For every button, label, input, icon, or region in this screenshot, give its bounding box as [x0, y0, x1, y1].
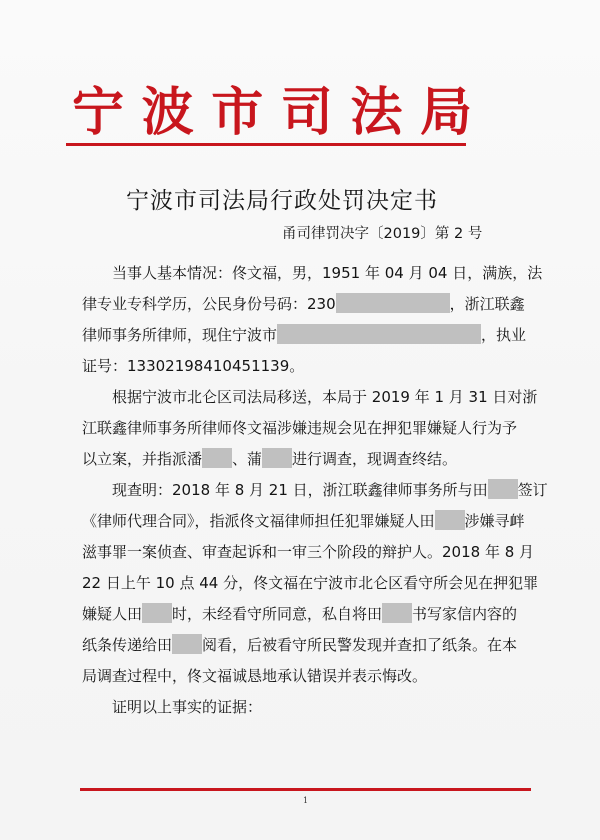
case-filing-paragraph: 根据宁波市北仑区司法局移送，本局于 2019 年 1 月 31 日对浙 江联鑫律… [82, 382, 537, 475]
text-line: 嫌疑人田时，未经看守所同意，私自将田书写家信内容的 [82, 599, 537, 630]
document-number: 甬司律罚决字〔2019〕第 2 号 [282, 222, 482, 243]
redacted-name [435, 510, 465, 530]
text-line: 纸条传递给田阅看，后被看守所民警发现并查扣了纸条。在本 [82, 630, 537, 661]
text-line: 现查明：2018 年 8 月 21 日，浙江联鑫律师事务所与田签订 [82, 475, 537, 506]
text-segment: 纸条传递给田 [82, 636, 172, 654]
text-segment: 阅看，后被看守所民警发现并查扣了纸条。在本 [202, 636, 517, 654]
masthead-char: 波 [142, 70, 194, 145]
redacted-name [382, 603, 412, 623]
document-page: 宁 波 市 司 法 局 宁波市司法局行政处罚决定书 甬司律罚决字〔2019〕第 … [0, 0, 600, 840]
text-line: 江联鑫律师事务所律师佟文福涉嫌违规会见在押犯罪嫌疑人行为予 [82, 413, 537, 444]
text-segment: 书写家信内容的 [412, 605, 517, 623]
masthead-char: 司 [281, 70, 333, 145]
text-segment: 以立案，并指派潘 [82, 450, 202, 468]
text-line: 根据宁波市北仑区司法局移送，本局于 2019 年 1 月 31 日对浙 [82, 382, 537, 413]
text-segment: 《律师代理合同》，指派佟文福律师担任犯罪嫌疑人田 [82, 512, 435, 530]
redacted-name [142, 603, 172, 623]
text-segment: 时，未经看守所同意，私自将田 [172, 605, 382, 623]
text-line: 22 日上午 10 点 44 分，佟文福在宁波市北仑区看守所会见在押犯罪 [82, 568, 537, 599]
text-line: 律师事务所律师，现住宁波市，执业 [82, 320, 537, 351]
document-title: 宁波市司法局行政处罚决定书 [126, 182, 438, 215]
text-segment: 律师事务所律师，现住宁波市 [82, 326, 277, 344]
masthead-ningbo-justice-bureau: 宁 波 市 司 法 局 [72, 72, 472, 142]
findings-paragraph: 现查明：2018 年 8 月 21 日，浙江联鑫律师事务所与田签订 《律师代理合… [82, 475, 537, 692]
text-segment: ，浙江联鑫 [450, 295, 525, 313]
redacted-name [488, 479, 518, 499]
text-segment: 嫌疑人田 [82, 605, 142, 623]
page-number: 1 [303, 796, 308, 805]
footer-red-divider [80, 788, 531, 791]
text-segment: ，执业 [481, 326, 526, 344]
text-line: 局调查过程中，佟文福诚恳地承认错误并表示悔改。 [82, 661, 537, 692]
text-line: 当事人基本情况：佟文福，男，1951 年 04 月 04 日，满族，法 [82, 258, 537, 289]
evidence-paragraph: 证明以上事实的证据： [82, 692, 537, 723]
redacted-address [277, 324, 481, 344]
text-line: 滋事罪一案侦查、审查起诉和一审三个阶段的辩护人。2018 年 8 月 [82, 537, 537, 568]
redacted-investigator-name [202, 448, 232, 468]
header-red-divider [66, 143, 466, 146]
text-line: 《律师代理合同》，指派佟文福律师担任犯罪嫌疑人田涉嫌寻衅 [82, 506, 537, 537]
text-segment: 律专业专科学历，公民身份号码：230 [82, 295, 336, 313]
text-segment: 涉嫌寻衅 [465, 512, 525, 530]
redacted-investigator-name [262, 448, 292, 468]
text-line: 以立案，并指派潘、蒲进行调查，现调查终结。 [82, 444, 537, 475]
document-body: 当事人基本情况：佟文福，男，1951 年 04 月 04 日，满族，法 律专业专… [82, 258, 537, 723]
masthead-char: 市 [211, 70, 263, 145]
text-segment: 、蒲 [232, 450, 262, 468]
text-segment: 进行调查，现调查终结。 [292, 450, 457, 468]
redacted-id-number [336, 293, 450, 313]
masthead-char: 法 [350, 70, 402, 145]
text-line: 证号：13302198410451139。 [82, 351, 537, 382]
masthead-char: 宁 [72, 70, 124, 145]
text-segment: 现查明：2018 年 8 月 21 日，浙江联鑫律师事务所与田 [112, 481, 488, 499]
evidence-heading: 证明以上事实的证据： [82, 692, 537, 723]
party-info-paragraph: 当事人基本情况：佟文福，男，1951 年 04 月 04 日，满族，法 律专业专… [82, 258, 537, 382]
text-segment: 签订 [518, 481, 548, 499]
masthead-char: 局 [420, 70, 472, 145]
text-line: 律专业专科学历，公民身份号码：230，浙江联鑫 [82, 289, 537, 320]
redacted-name [172, 634, 202, 654]
